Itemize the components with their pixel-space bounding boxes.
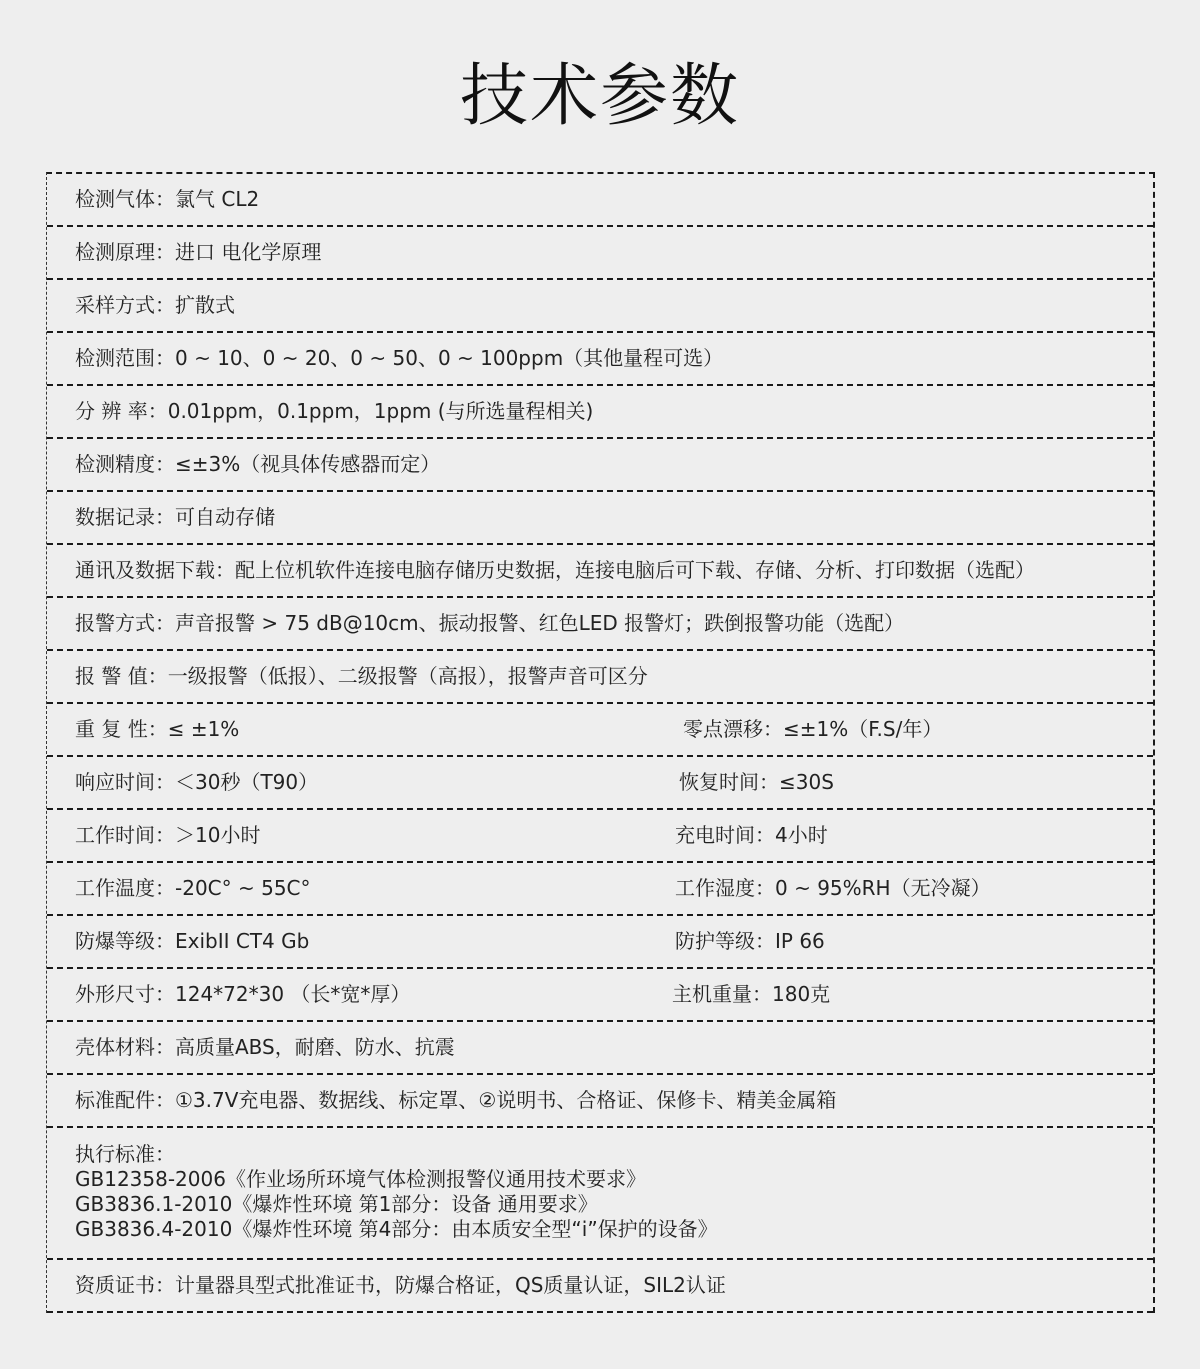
spec-resolution: 分 辨 率：0.01ppm，0.1ppm，1ppm (与所选量程相关) [75,386,593,437]
spec-weight: 主机重量：180克 [672,969,830,1020]
spec-sampling: 采样方式：扩散式 [75,280,235,331]
spec-row-sampling: 采样方式：扩散式 [47,280,1153,333]
spec-row-accessories: 标准配件：①3.7V充电器、数据线、标定罩、②说明书、合格证、保修卡、精美金属箱 [47,1075,1153,1128]
standard-line: GB12358-2006《作业场所环境气体检测报警仪通用技术要求》 [75,1167,718,1192]
spec-work-time: 工作时间：＞10小时 [75,810,260,861]
spec-alarm-mode: 报警方式：声音报警 > 75 dB@10cm、振动报警、红色LED 报警灯；跌倒… [75,598,904,649]
spec-data-record: 数据记录：可自动存储 [75,492,275,543]
standard-line: GB3836.1-2010《爆炸性环境 第1部分：设备 通用要求》 [75,1192,718,1217]
spec-row-explosion-proof: 防爆等级：ExibII CT4 Gb 防护等级：IP 66 [47,916,1153,969]
spec-principle: 检测原理：进口 电化学原理 [75,227,321,278]
spec-row-principle: 检测原理：进口 电化学原理 [47,227,1153,280]
spec-housing: 壳体材料：高质量ABS，耐磨、防水、抗震 [75,1022,455,1073]
standard-line: GB3836.4-2010《爆炸性环境 第4部分：由本质安全型“i”保护的设备》 [75,1217,718,1242]
spec-row-alarm-value: 报 警 值：一级报警（低报）、二级报警（高报），报警声音可区分 [47,651,1153,704]
spec-accessories: 标准配件：①3.7V充电器、数据线、标定罩、②说明书、合格证、保修卡、精美金属箱 [75,1075,836,1126]
spec-explosion-proof: 防爆等级：ExibII CT4 Gb [75,916,309,967]
spec-row-data-record: 数据记录：可自动存储 [47,492,1153,545]
spec-row-temperature: 工作温度：-20C° ~ 55C° 工作湿度：0 ~ 95%RH（无冷凝） [47,863,1153,916]
spec-range: 检测范围：0 ~ 10、0 ~ 20、0 ~ 50、0 ~ 100ppm（其他量… [75,333,723,384]
page-title: 技术参数 [0,52,1200,142]
spec-row-response-time: 响应时间：＜30秒（T90） 恢复时间：≤30S [47,757,1153,810]
spec-gas: 检测气体：氯气 CL2 [75,174,259,225]
spec-certificates: 资质证书：计量器具型式批准证书，防爆合格证，QS质量认证，SIL2认证 [75,1260,726,1311]
spec-row-repeatability: 重 复 性：≤ ±1% 零点漂移：≤±1%（F.S/年） [47,704,1153,757]
spec-protection-level: 防护等级：IP 66 [675,916,825,967]
spec-communication: 通讯及数据下载：配上位机软件连接电脑存储历史数据，连接电脑后可下载、存储、分析、… [75,545,1035,596]
spec-standards: 执行标准： GB12358-2006《作业场所环境气体检测报警仪通用技术要求》 … [75,1142,718,1242]
spec-humidity: 工作湿度：0 ~ 95%RH（无冷凝） [675,863,991,914]
spec-row-alarm-mode: 报警方式：声音报警 > 75 dB@10cm、振动报警、红色LED 报警灯；跌倒… [47,598,1153,651]
spec-row-resolution: 分 辨 率：0.01ppm，0.1ppm，1ppm (与所选量程相关) [47,386,1153,439]
spec-charge-time: 充电时间：4小时 [675,810,828,861]
spec-zero-drift: 零点漂移：≤±1%（F.S/年） [683,704,942,755]
spec-row-range: 检测范围：0 ~ 10、0 ~ 20、0 ~ 50、0 ~ 100ppm（其他量… [47,333,1153,386]
spec-row-communication: 通讯及数据下载：配上位机软件连接电脑存储历史数据，连接电脑后可下载、存储、分析、… [47,545,1153,598]
spec-row-dimensions: 外形尺寸：124*72*30 （长*宽*厚） 主机重量：180克 [47,969,1153,1022]
spec-temperature: 工作温度：-20C° ~ 55C° [75,863,311,914]
standards-heading: 执行标准： [75,1142,718,1167]
spec-recovery-time: 恢复时间：≤30S [679,757,834,808]
spec-alarm-value: 报 警 值：一级报警（低报）、二级报警（高报），报警声音可区分 [75,651,648,702]
spec-row-certificates: 资质证书：计量器具型式批准证书，防爆合格证，QS质量认证，SIL2认证 [47,1260,1153,1313]
spec-response-time: 响应时间：＜30秒（T90） [75,757,318,808]
spec-dimensions: 外形尺寸：124*72*30 （长*宽*厚） [75,969,410,1020]
spec-row-work-time: 工作时间：＞10小时 充电时间：4小时 [47,810,1153,863]
spec-row-housing: 壳体材料：高质量ABS，耐磨、防水、抗震 [47,1022,1153,1075]
spec-row-gas: 检测气体：氯气 CL2 [47,174,1153,227]
spec-repeatability: 重 复 性：≤ ±1% [75,704,239,755]
spec-row-standards: 执行标准： GB12358-2006《作业场所环境气体检测报警仪通用技术要求》 … [47,1128,1153,1260]
spec-table: 检测气体：氯气 CL2 检测原理：进口 电化学原理 采样方式：扩散式 检测范围：… [46,172,1155,1313]
spec-accuracy: 检测精度：≤±3%（视具体传感器而定） [75,439,440,490]
spec-row-accuracy: 检测精度：≤±3%（视具体传感器而定） [47,439,1153,492]
